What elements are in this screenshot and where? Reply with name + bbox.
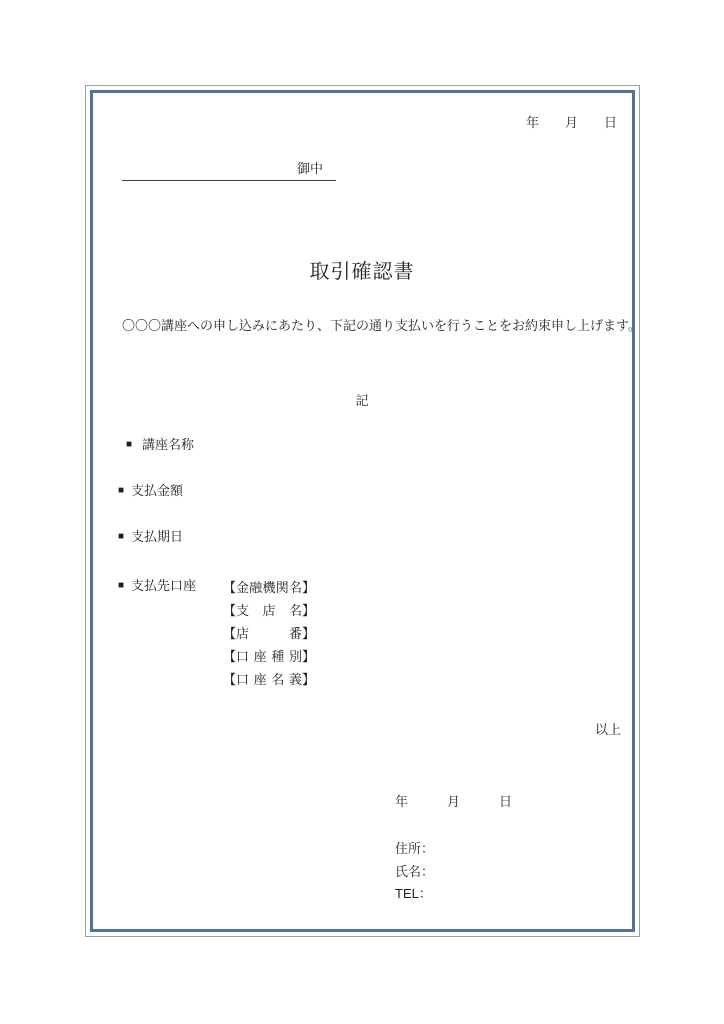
account-field-label: 口座種別: [236, 645, 302, 668]
page-border-inner: [90, 90, 635, 932]
bracket-open: 【: [223, 603, 236, 618]
bracket-close: 】: [302, 626, 315, 641]
list-item-payment-account: ■ 支払先口座: [118, 577, 196, 595]
bracket-open: 【: [223, 672, 236, 687]
square-bullet-icon: ■: [126, 436, 132, 454]
page-border-outer: [85, 85, 640, 937]
list-item-payment-due-date: ■ 支払期日: [118, 528, 183, 546]
bracket-close: 】: [302, 672, 315, 687]
date-line-top: 年 月 日: [526, 113, 617, 132]
bracket-close: 】: [302, 649, 315, 664]
list-item-label: 支払金額: [131, 482, 183, 500]
document-title: 取引確認書: [0, 255, 724, 284]
account-field-branch-number: 【店番】: [223, 622, 315, 645]
address-label: 住所：: [395, 838, 434, 861]
bracket-close: 】: [302, 603, 315, 618]
document-page: 年 月 日 御中 取引確認書 〇〇〇講座への申し込みにあたり、下記の通り支払いを…: [0, 0, 724, 1024]
account-field-label: 店番: [236, 622, 302, 645]
list-item-label: 支払先口座: [131, 577, 196, 595]
account-field-account-holder: 【口座名義】: [223, 668, 315, 691]
account-field-label: 口座名義: [236, 668, 302, 691]
square-bullet-icon: ■: [118, 577, 124, 595]
account-field-branch-name: 【支店名】: [223, 599, 315, 622]
account-field-label: 支店名: [236, 599, 302, 622]
account-field-bank-name: 【金融機関名】: [223, 576, 315, 599]
list-item-label: 講座名称: [142, 436, 194, 454]
addressee-suffix-label: 御中: [297, 161, 323, 176]
bracket-open: 【: [223, 649, 236, 664]
square-bullet-icon: ■: [118, 528, 124, 546]
bracket-open: 【: [223, 626, 236, 641]
account-field-account-type: 【口座種別】: [223, 645, 315, 668]
date-line-bottom: 年 月 日: [395, 792, 512, 811]
name-label: 氏名：: [395, 861, 434, 884]
signature-block: 住所： 氏名： TEL：: [395, 838, 434, 906]
closing-marker: 以上: [595, 720, 621, 739]
body-paragraph: 〇〇〇講座への申し込みにあたり、下記の通り支払いを行うことをお約束申し上げます。: [122, 316, 641, 335]
account-detail-list: 【金融機関名】 【支店名】 【店番】 【口座種別】 【口座名義】: [223, 576, 315, 691]
bracket-close: 】: [302, 580, 315, 595]
tel-label: TEL：: [395, 883, 434, 906]
list-item-label: 支払期日: [131, 528, 183, 546]
addressee-underline-field: 御中: [122, 157, 336, 181]
square-bullet-icon: ■: [118, 482, 124, 500]
ki-marker: 記: [0, 391, 724, 410]
list-item-payment-amount: ■ 支払金額: [118, 482, 183, 500]
bracket-open: 【: [223, 580, 236, 595]
list-item-course-name: ■ 講座名称: [126, 436, 194, 454]
account-field-label: 金融機関名: [236, 576, 302, 599]
